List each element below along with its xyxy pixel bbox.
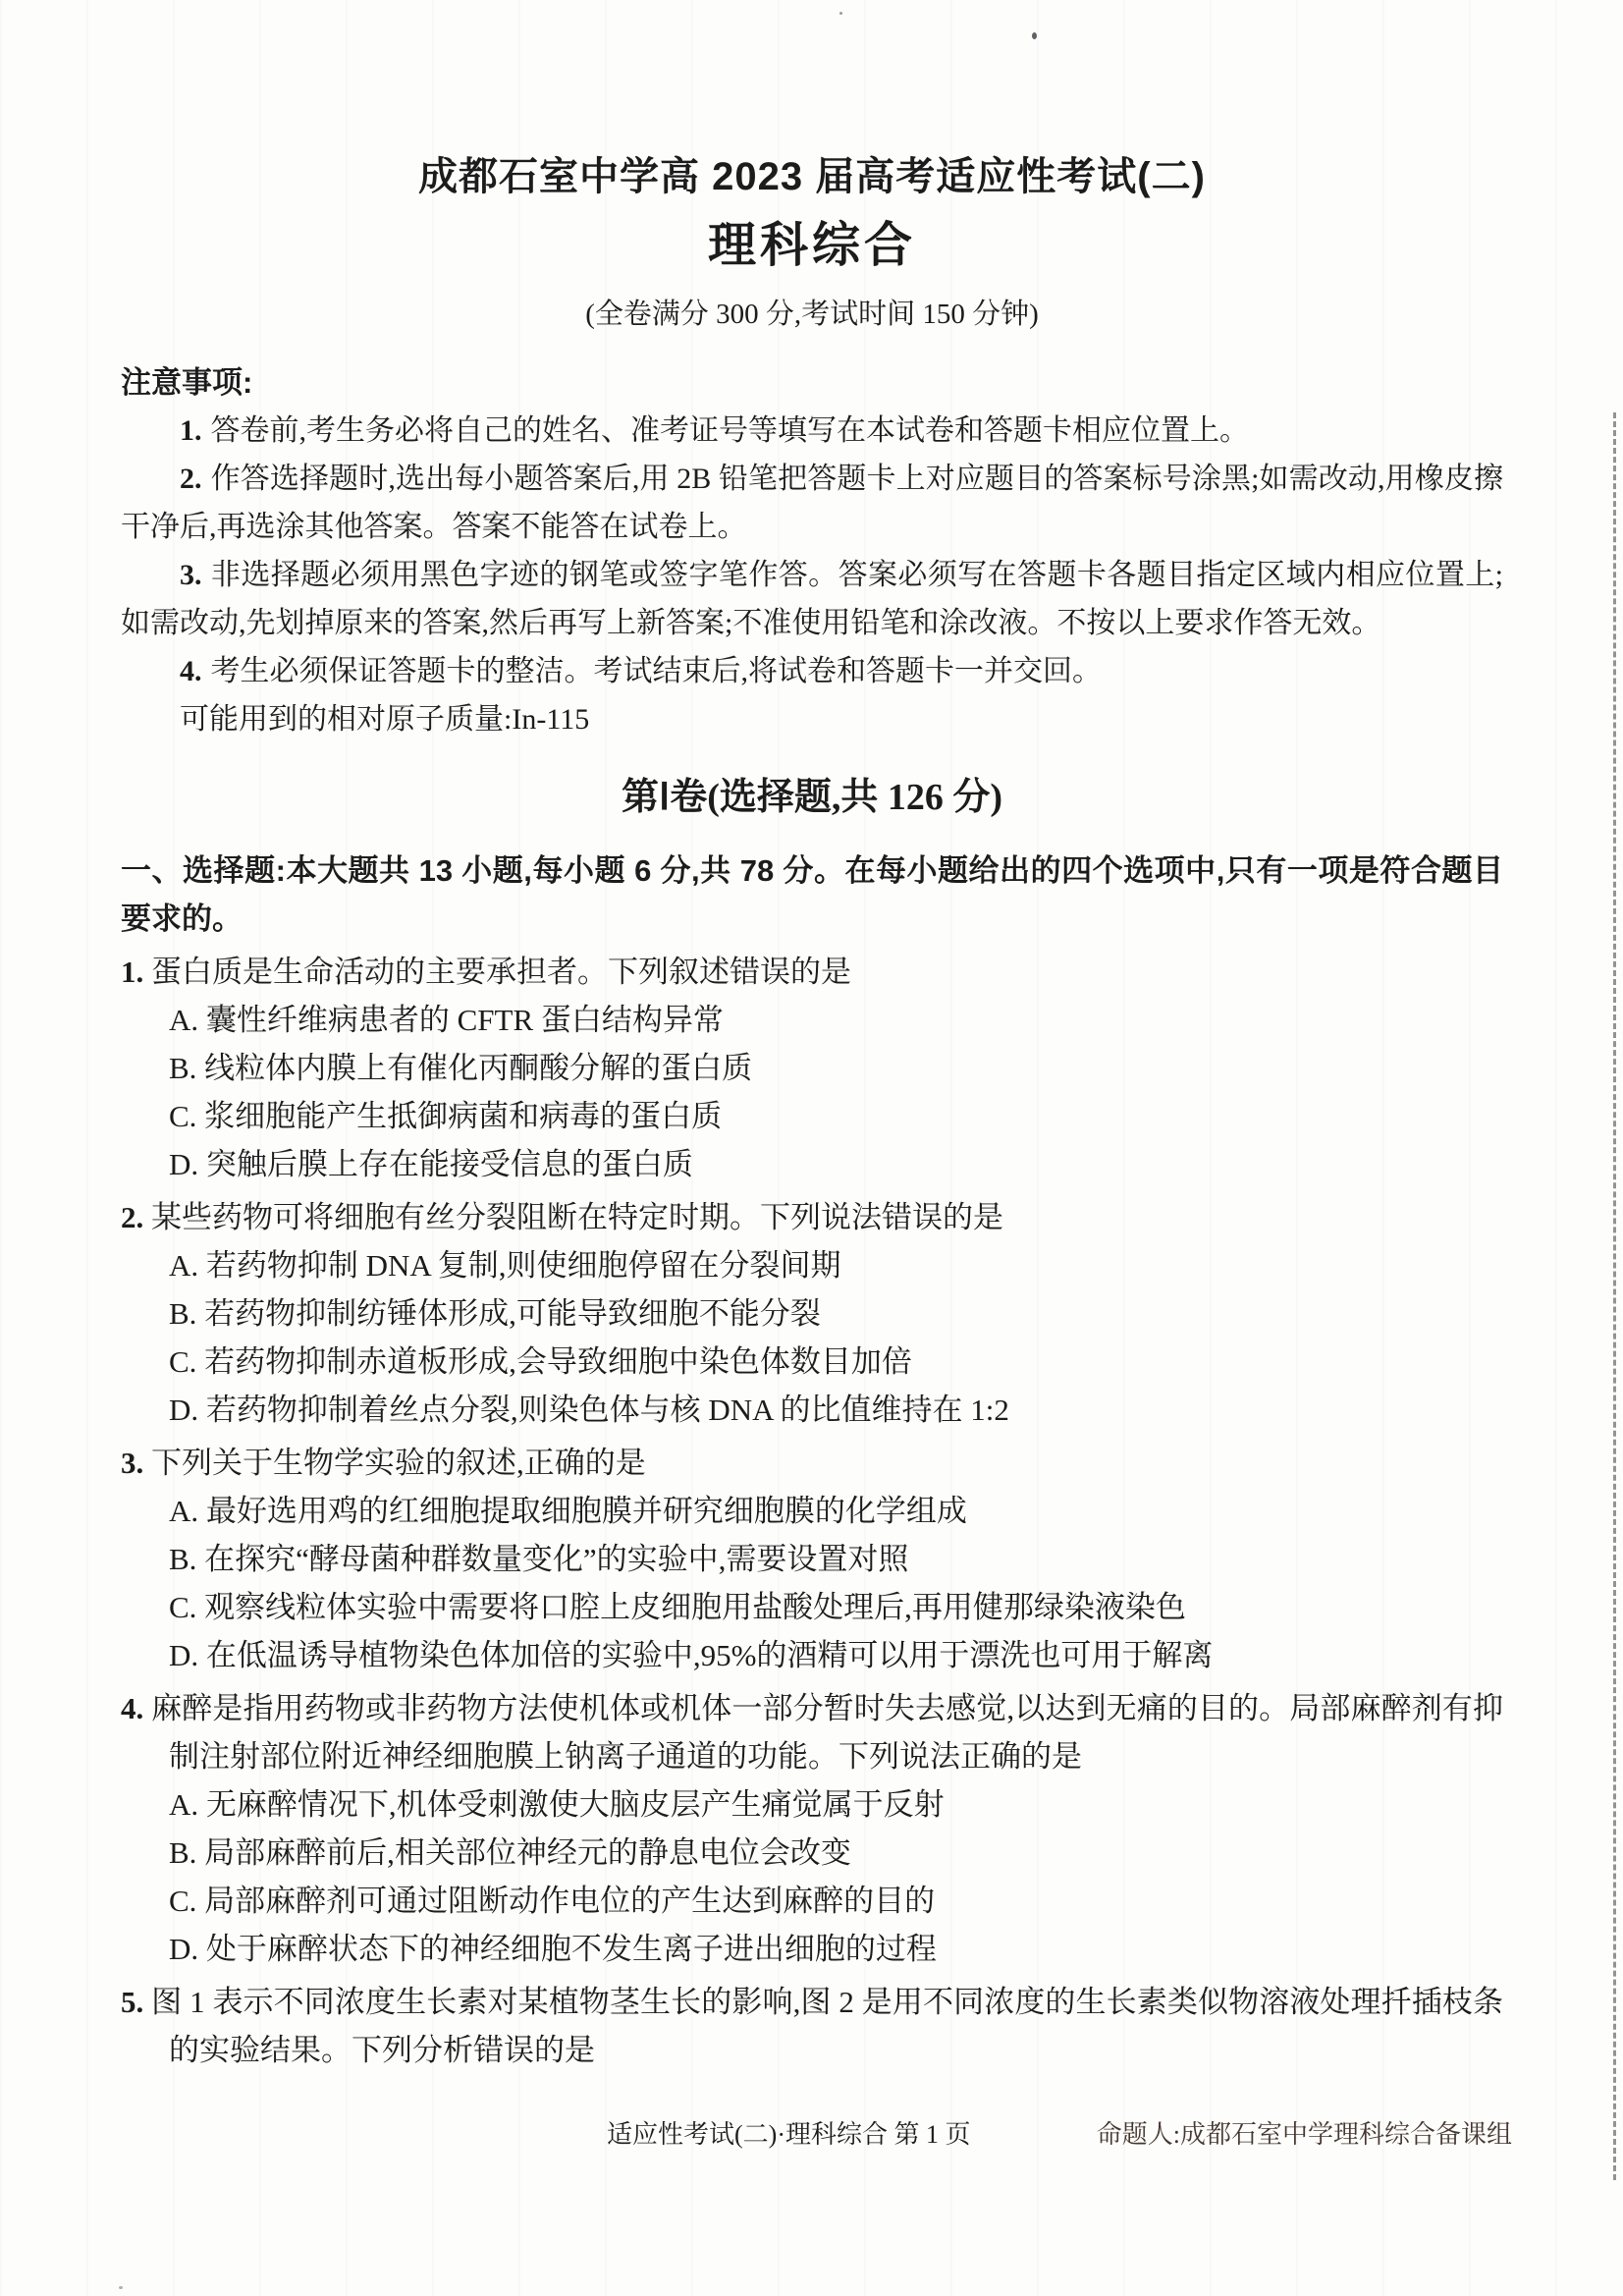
notice-section: 注意事项: 1.答卷前,考生务必将自己的姓名、准考证号等填写在本试卷和答题卡相应… bbox=[121, 358, 1503, 743]
notice-item-3-text: 非选择题必须用黑色字迹的钢笔或签字笔作答。答案必须写在答题卡各题目指定区域内相应… bbox=[121, 559, 1503, 639]
notice-item-2-text: 作答选择题时,选出每小题答案后,用 2B 铅笔把答题卡上对应题目的答案标号涂黑;… bbox=[121, 463, 1503, 543]
notice-item-1: 1.答卷前,考生务必将自己的姓名、准考证号等填写在本试卷和答题卡相应位置上。 bbox=[121, 407, 1503, 455]
question-1-number: 1. bbox=[121, 955, 143, 989]
question-2: 2.某些药物可将细胞有丝分裂阻断在特定时期。下列说法错误的是 A. 若药物抑制 … bbox=[121, 1193, 1503, 1434]
question-3-stem: 3.下列关于生物学实验的叙述,正确的是 bbox=[169, 1439, 1503, 1487]
atomic-mass-line: 可能用到的相对原子质量:In-115 bbox=[121, 695, 1503, 743]
question-3-option-b: B. 在探究“酵母菌种群数量变化”的实验中,需要设置对照 bbox=[169, 1535, 1503, 1583]
question-4-option-d: D. 处于麻醉状态下的神经细胞不发生离子进出细胞的过程 bbox=[169, 1925, 1503, 1973]
scan-speck bbox=[1032, 32, 1037, 39]
question-1-option-c: C. 浆细胞能产生抵御病菌和病毒的蛋白质 bbox=[169, 1092, 1503, 1140]
question-5: 5.图 1 表示不同浓度生长素对某植物茎生长的影响,图 2 是用不同浓度的生长素… bbox=[121, 1978, 1503, 2074]
exam-paper-page: 成都石室中学高 2023 届高考适应性考试(二) 理科综合 (全卷满分 300 … bbox=[0, 0, 1623, 2296]
question-2-option-b: B. 若药物抑制纺锤体形成,可能导致细胞不能分裂 bbox=[169, 1289, 1503, 1338]
question-4: 4.麻醉是指用药物或非药物方法使机体或机体一部分暂时失去感觉,以达到无痛的目的。… bbox=[121, 1684, 1503, 1973]
question-4-option-a: A. 无麻醉情况下,机体受刺激使大脑皮层产生痛觉属于反射 bbox=[169, 1780, 1503, 1829]
question-5-stem-text: 图 1 表示不同浓度生长素对某植物茎生长的影响,图 2 是用不同浓度的生长素类似… bbox=[151, 1985, 1503, 2067]
exam-title: 成都石室中学高 2023 届高考适应性考试(二) bbox=[121, 149, 1503, 204]
question-4-number: 4. bbox=[121, 1691, 143, 1725]
exam-subject: 理科综合 bbox=[121, 214, 1503, 277]
section-1-title: 第Ⅰ卷(选择题,共 126 分) bbox=[121, 772, 1503, 823]
question-2-option-d: D. 若药物抑制着丝点分裂,则染色体与核 DNA 的比值维持在 1:2 bbox=[169, 1386, 1503, 1434]
question-3-option-c: C. 观察线粒体实验中需要将口腔上皮细胞用盐酸处理后,再用健那绿染液染色 bbox=[169, 1583, 1503, 1631]
question-5-number: 5. bbox=[121, 1985, 143, 2019]
question-2-number: 2. bbox=[121, 1200, 143, 1234]
question-3-number: 3. bbox=[121, 1446, 143, 1480]
multiple-choice-instructions: 一、选择题:本大题共 13 小题,每小题 6 分,共 78 分。在每小题给出的四… bbox=[121, 847, 1503, 943]
question-1: 1.蛋白质是生命活动的主要承担者。下列叙述错误的是 A. 囊性纤维病患者的 CF… bbox=[121, 948, 1503, 1188]
question-1-option-d: D. 突触后膜上存在能接受信息的蛋白质 bbox=[169, 1140, 1503, 1188]
scan-edge-artifact bbox=[1613, 412, 1616, 2180]
page-content: 成都石室中学高 2023 届高考适应性考试(二) 理科综合 (全卷满分 300 … bbox=[121, 0, 1503, 2074]
question-2-stem: 2.某些药物可将细胞有丝分裂阻断在特定时期。下列说法错误的是 bbox=[169, 1193, 1503, 1241]
footer-credit-label: 命题人:成都石室中学理科综合备课组 bbox=[1097, 2113, 1512, 2157]
notice-item-3: 3.非选择题必须用黑色字迹的钢笔或签字笔作答。答案必须写在答题卡各题目指定区域内… bbox=[121, 551, 1503, 647]
question-2-option-a: A. 若药物抑制 DNA 复制,则使细胞停留在分裂间期 bbox=[169, 1241, 1503, 1289]
scan-speck bbox=[839, 12, 842, 15]
exam-info-line: (全卷满分 300 分,考试时间 150 分钟) bbox=[121, 295, 1503, 334]
question-5-stem: 5.图 1 表示不同浓度生长素对某植物茎生长的影响,图 2 是用不同浓度的生长素… bbox=[169, 1978, 1503, 2074]
notice-item-2-number: 2. bbox=[180, 463, 202, 495]
notice-item-1-text: 答卷前,考生务必将自己的姓名、准考证号等填写在本试卷和答题卡相应位置上。 bbox=[211, 414, 1250, 447]
notice-item-4: 4.考生必须保证答题卡的整洁。考试结束后,将试卷和答题卡一并交回。 bbox=[121, 647, 1503, 695]
notice-item-3-number: 3. bbox=[180, 559, 202, 591]
question-1-stem-text: 蛋白质是生命活动的主要承担者。下列叙述错误的是 bbox=[151, 955, 851, 989]
notice-heading: 注意事项: bbox=[121, 358, 1503, 407]
question-4-option-b: B. 局部麻醉前后,相关部位神经元的静息电位会改变 bbox=[169, 1829, 1503, 1877]
question-1-option-b: B. 线粒体内膜上有催化丙酮酸分解的蛋白质 bbox=[169, 1044, 1503, 1092]
scan-speck bbox=[119, 2286, 123, 2289]
question-4-stem: 4.麻醉是指用药物或非药物方法使机体或机体一部分暂时失去感觉,以达到无痛的目的。… bbox=[169, 1684, 1503, 1780]
notice-item-1-number: 1. bbox=[180, 414, 202, 447]
question-1-stem: 1.蛋白质是生命活动的主要承担者。下列叙述错误的是 bbox=[169, 948, 1503, 996]
footer-page-label: 适应性考试(二)·理科综合 第 1 页 bbox=[607, 2113, 970, 2157]
question-3: 3.下列关于生物学实验的叙述,正确的是 A. 最好选用鸡的红细胞提取细胞膜并研究… bbox=[121, 1439, 1503, 1679]
notice-item-4-number: 4. bbox=[180, 655, 202, 687]
notice-item-2: 2.作答选择题时,选出每小题答案后,用 2B 铅笔把答题卡上对应题目的答案标号涂… bbox=[121, 455, 1503, 551]
question-3-stem-text: 下列关于生物学实验的叙述,正确的是 bbox=[151, 1446, 646, 1480]
question-4-option-c: C. 局部麻醉剂可通过阻断动作电位的产生达到麻醉的目的 bbox=[169, 1877, 1503, 1925]
question-4-stem-text: 麻醉是指用药物或非药物方法使机体或机体一部分暂时失去感觉,以达到无痛的目的。局部… bbox=[151, 1691, 1503, 1774]
notice-item-4-text: 考生必须保证答题卡的整洁。考试结束后,将试卷和答题卡一并交回。 bbox=[211, 655, 1103, 687]
question-1-option-a: A. 囊性纤维病患者的 CFTR 蛋白结构异常 bbox=[169, 996, 1503, 1044]
question-3-option-a: A. 最好选用鸡的红细胞提取细胞膜并研究细胞膜的化学组成 bbox=[169, 1487, 1503, 1535]
question-2-option-c: C. 若药物抑制赤道板形成,会导致细胞中染色体数目加倍 bbox=[169, 1338, 1503, 1386]
question-2-stem-text: 某些药物可将细胞有丝分裂阻断在特定时期。下列说法错误的是 bbox=[151, 1200, 1003, 1234]
question-3-option-d: D. 在低温诱导植物染色体加倍的实验中,95%的酒精可以用于漂洗也可用于解离 bbox=[169, 1631, 1503, 1679]
page-footer: 适应性考试(二)·理科综合 第 1 页 命题人:成都石室中学理科综合备课组 bbox=[0, 2113, 1623, 2157]
